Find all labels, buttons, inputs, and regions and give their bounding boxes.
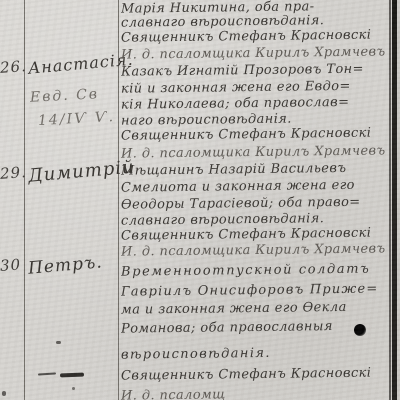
- manuscript-line: Временноотпускной солдатъ: [121, 261, 393, 279]
- manuscript-line: ма и законная жена его Ѳекла: [121, 299, 393, 317]
- manuscript-line: Священникъ Стефанъ Красновскі: [121, 365, 393, 383]
- smudge-mark: [60, 373, 84, 378]
- ink-blot: [354, 324, 366, 336]
- pencil-annotation: Евд. Св: [30, 86, 100, 106]
- manuscript-line: И. д. псаломщика Кирилъ Храмчевъ: [121, 241, 393, 259]
- pencil-annotation: 14/ІѴ Ѵ.: [38, 109, 116, 129]
- smudge-mark: [38, 372, 56, 375]
- manuscript-line: И. д. псаломщика Кирилъ Храмчевъ: [121, 143, 393, 161]
- manuscript-line: Гавріилъ Онисифоровъ Приже=: [121, 281, 393, 299]
- manuscript-line: Священникъ Стефанъ Красновскі: [121, 27, 393, 45]
- manuscript-line: И. д. псаломщика Кирилъ Храмчевъ: [121, 44, 393, 62]
- manuscript-line: И. д. псаломщ: [121, 385, 393, 400]
- smudge-mark: [2, 391, 6, 396]
- entry-number: 30: [0, 255, 25, 275]
- manuscript-line: Священникъ Стефанъ Красновскі: [121, 125, 393, 143]
- manuscript-line: Смелиота и законная жена его: [121, 177, 393, 195]
- smudge-mark: [56, 341, 61, 344]
- manuscript-line: Романова; оба православныя: [121, 318, 393, 336]
- entry-number: 26.: [0, 57, 25, 77]
- register-page: 26. Анастасія. Евд. Св 14/ІѴ Ѵ. 29. Дими…: [0, 0, 400, 400]
- entry-number: 29.: [0, 163, 25, 183]
- smudge-mark: [72, 387, 75, 390]
- manuscript-line: Казакъ Игнатій Прозоровъ Тон=: [121, 61, 393, 79]
- manuscript-line: Мѣщанинъ Назарій Васильевъ: [121, 160, 393, 178]
- manuscript-line: вѣроисповѣданія.: [121, 344, 393, 362]
